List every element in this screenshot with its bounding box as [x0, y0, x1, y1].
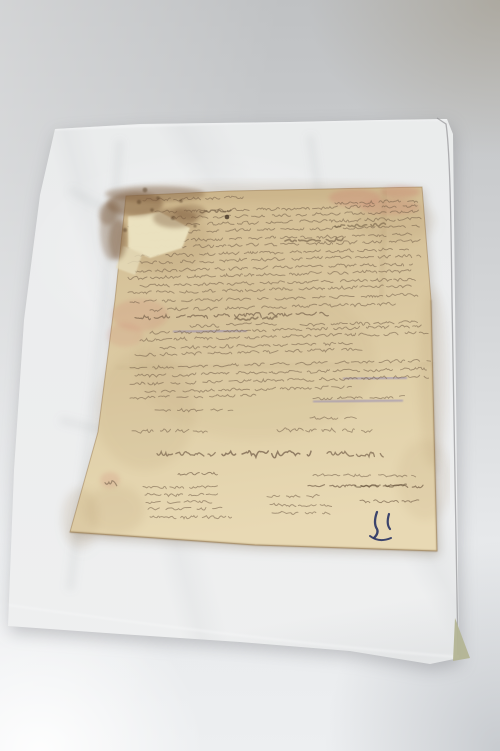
aged-letter [50, 178, 450, 563]
ink-dot [225, 215, 230, 220]
backing-wedge [453, 618, 470, 661]
photo-scene [0, 0, 500, 751]
